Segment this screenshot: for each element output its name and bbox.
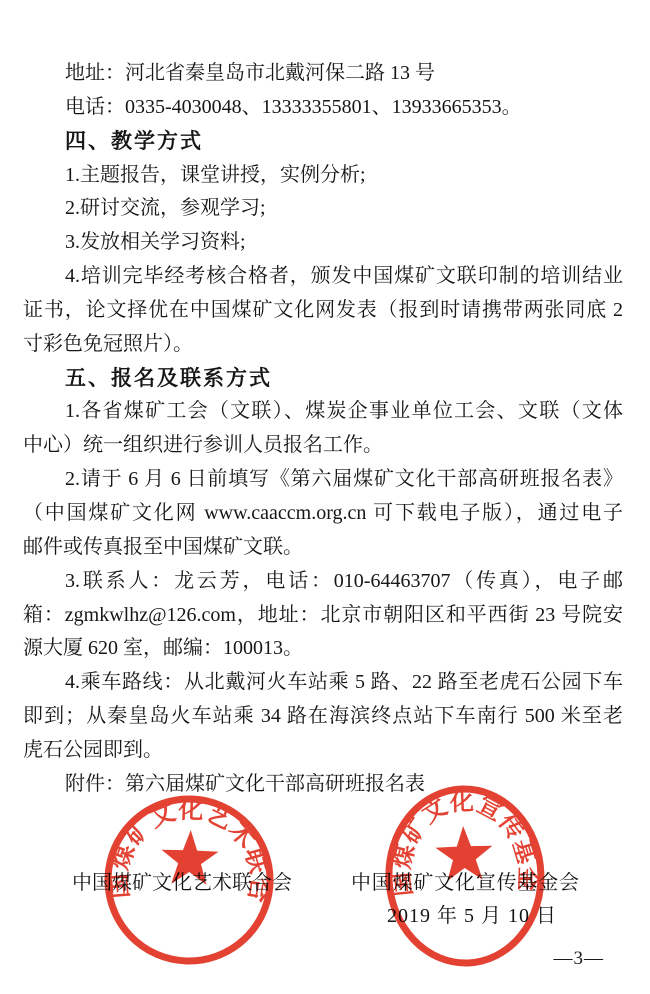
- document-page: 地址：河北省秦皇岛市北戴河保二路 13 号 电话：0335-4030048、13…: [0, 0, 650, 994]
- text-line: 邮件或传真报至中国煤矿文联。: [23, 531, 623, 565]
- text-line: 1.各省煤矿工会（文联）、煤炭企事业单位工会、文联（文体: [23, 395, 623, 429]
- text-line: （中国煤矿文化网 www.caaccm.org.cn 可下载电子版），通过电子: [23, 497, 623, 531]
- text-line: 电话：0335-4030048、13333355801、13933665353。: [23, 91, 623, 125]
- attachment-line: 附件：第六届煤矿文化干部高研班报名表: [23, 768, 623, 802]
- section-heading: 四、教学方式: [23, 125, 623, 159]
- signature-left-org: 中国煤矿文化艺术联合会: [72, 871, 292, 895]
- text-line: 3.发放相关学习资料;: [23, 226, 623, 260]
- text-line: 1.主题报告，课堂讲授，实例分析;: [23, 159, 623, 193]
- page-number: —3—: [554, 948, 605, 970]
- text-line: 中心）统一组织进行参训人员报名工作。: [23, 429, 623, 463]
- text-line: 箱：zgmkwlhz@126.com，地址：北京市朝阳区和平西街 23 号院安: [23, 599, 623, 633]
- text-line: 2.研讨交流，参观学习;: [23, 192, 623, 226]
- text-line: 源大厦 620 室，邮编：100013。: [23, 632, 623, 666]
- text-line: 2.请于 6 月 6 日前填写《第六届煤矿文化干部高研班报名表》: [23, 463, 623, 497]
- text-line: 证书，论文择优在中国煤矿文化网发表（报到时请携带两张同底 2: [23, 294, 623, 328]
- text-line: 4.乘车路线：从北戴河火车站乘 5 路、22 路至老虎石公园下车: [23, 666, 623, 700]
- text-line: 3.联系人：龙云芳，电话：010-64463707（传真），电子邮: [23, 565, 623, 599]
- text-line: 即到；从秦皇岛火车站乘 34 路在海滨终点站下车南行 500 米至老: [23, 700, 623, 734]
- signature-right-org: 中国煤矿文化宣传基金会: [351, 871, 580, 895]
- text-line: 地址：河北省秦皇岛市北戴河保二路 13 号: [23, 57, 623, 91]
- section-heading: 五、报名及联系方式: [23, 362, 623, 396]
- text-line: 寸彩色免冠照片）。: [23, 328, 623, 362]
- signature-date: 2019 年 5 月 10 日: [387, 904, 557, 928]
- text-line: 4.培训完毕经考核合格者，颁发中国煤矿文联印制的培训结业: [23, 260, 623, 294]
- body-text: 地址：河北省秦皇岛市北戴河保二路 13 号 电话：0335-4030048、13…: [23, 57, 623, 802]
- text-line: 虎石公园即到。: [23, 734, 623, 768]
